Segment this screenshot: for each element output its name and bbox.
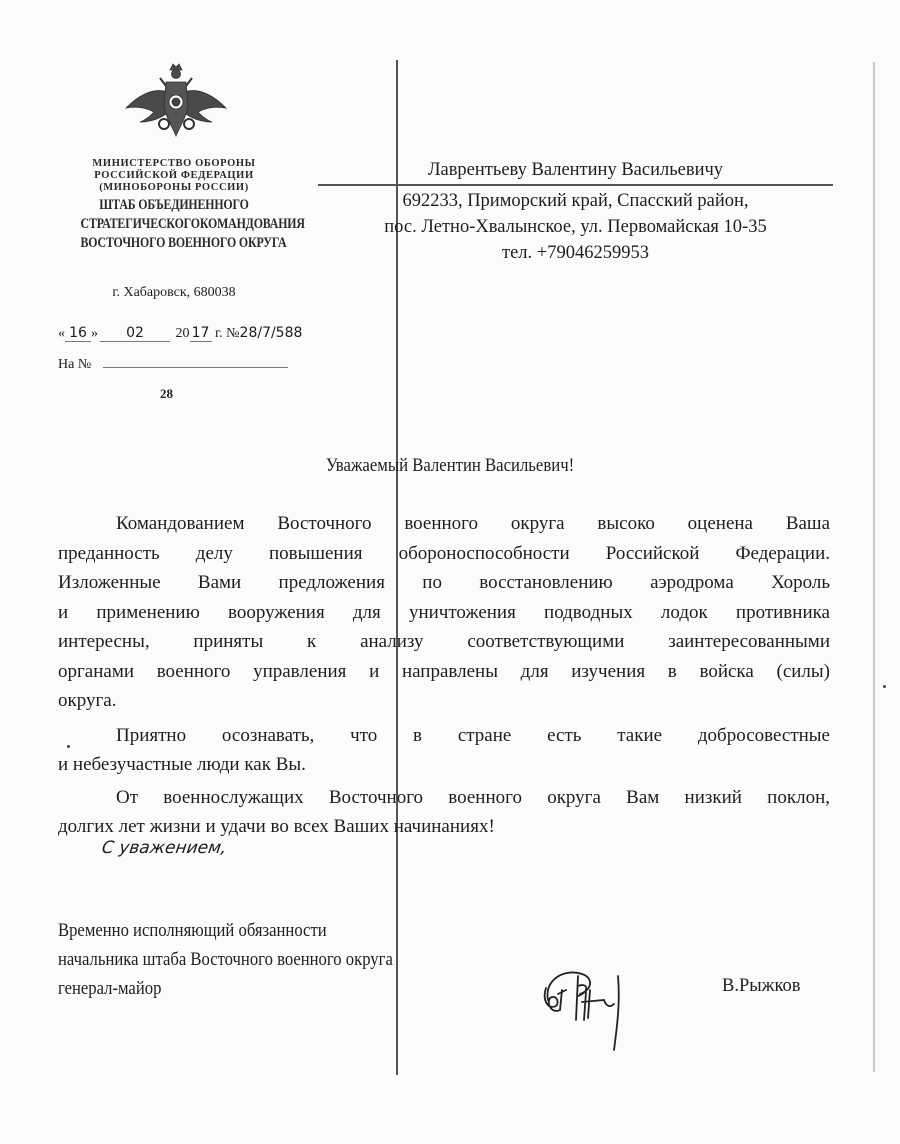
- date-year-suffix: 17: [190, 325, 212, 342]
- ministry-line: (МИНОБОРОНЫ РОССИИ): [60, 182, 288, 194]
- emblem-icon: [120, 62, 232, 144]
- signer-title-line: начальника штаба Восточного военного окр…: [58, 946, 393, 975]
- body-line: Командованием Восточного военного округа…: [58, 509, 830, 539]
- scan-speck: [883, 685, 886, 688]
- date-number-line: «16»02 2017 г. №28/7/588: [58, 325, 302, 342]
- paragraph-3: От военнослужащих Восточного военного ок…: [58, 783, 830, 842]
- date-day: 16: [65, 325, 91, 342]
- doc-number-label: №: [226, 326, 239, 341]
- hq-line: СТРАТЕГИЧЕСКОГОКОМАНДОВАНИЯ: [81, 215, 268, 234]
- handwritten-closing: С уважением,: [101, 838, 228, 858]
- paragraph-1: Командованием Восточного военного округа…: [58, 509, 830, 716]
- salutation: Уважаемый Валентин Васильевич!: [54, 455, 846, 477]
- date-open-quote: «: [58, 326, 65, 341]
- body-line: преданность делу повышения обороноспособ…: [58, 539, 830, 569]
- reply-to-label: На №: [58, 357, 91, 372]
- ministry-header: МИНИСТЕРСТВО ОБОРОНЫ РОССИЙСКОЙ ФЕДЕРАЦИ…: [60, 158, 288, 194]
- scan-edge-line: [873, 62, 875, 1072]
- date-year-prefix: 20: [176, 326, 190, 341]
- signer-title-line: генерал-майор: [58, 975, 393, 1004]
- body-line: округа.: [58, 686, 830, 716]
- body-line: Изложенные Вами предложения по восстанов…: [58, 568, 830, 598]
- letter-body: Командованием Восточного военного округа…: [58, 509, 830, 842]
- reply-to-line: На №: [58, 357, 288, 373]
- body-line: и небезучастные люди как Вы.: [58, 750, 830, 780]
- signature-icon: [534, 960, 654, 1056]
- address-phone: тел. +79046259953: [318, 240, 833, 266]
- date-month: 02: [100, 325, 170, 342]
- body-line: От военнослужащих Восточного военного ок…: [58, 783, 830, 813]
- body-line: Приятно осознавать, что в стране есть та…: [58, 721, 830, 751]
- address-line: 692233, Приморский край, Спасский район,: [318, 188, 833, 214]
- hq-line: ВОСТОЧНОГО ВОЕННОГО ОКРУГА: [81, 234, 268, 253]
- body-line: и применению вооружения для уничтожения …: [58, 598, 830, 628]
- hq-header: ШТАБ ОБЪЕДИНЕННОГО СТРАТЕГИЧЕСКОГОКОМАНД…: [60, 196, 288, 253]
- address-line: пос. Летно-Хвалынское, ул. Первомайская …: [318, 214, 833, 240]
- addressee-underline: [318, 184, 833, 186]
- addressee-address: 692233, Приморский край, Спасский район,…: [318, 188, 833, 266]
- doc-number: 28/7/588: [240, 325, 303, 341]
- signer-name: В.Рыжков: [722, 976, 801, 997]
- paragraph-2: Приятно осознавать, что в стране есть та…: [58, 721, 830, 780]
- date-year-label: г.: [215, 326, 223, 341]
- addressee-name: Лаврентьеву Валентину Васильевичу: [318, 157, 833, 184]
- body-line: органами военного управления и направлен…: [58, 657, 830, 687]
- ministry-line: РОССИЙСКОЙ ФЕДЕРАЦИИ: [60, 170, 288, 182]
- hq-line: ШТАБ ОБЪЕДИНЕННОГО: [81, 196, 268, 215]
- signer-title: Временно исполняющий обязанности начальн…: [58, 917, 430, 1004]
- city-postcode: г. Хабаровск, 680038: [60, 285, 288, 301]
- page-marker: 28: [160, 386, 173, 402]
- signer-title-line: Временно исполняющий обязанности: [58, 917, 393, 946]
- reply-to-field: [103, 367, 288, 368]
- body-line: интересны, приняты к анализу соответству…: [58, 627, 830, 657]
- date-close-quote: »: [91, 326, 98, 341]
- ministry-line: МИНИСТЕРСТВО ОБОРОНЫ: [60, 158, 288, 170]
